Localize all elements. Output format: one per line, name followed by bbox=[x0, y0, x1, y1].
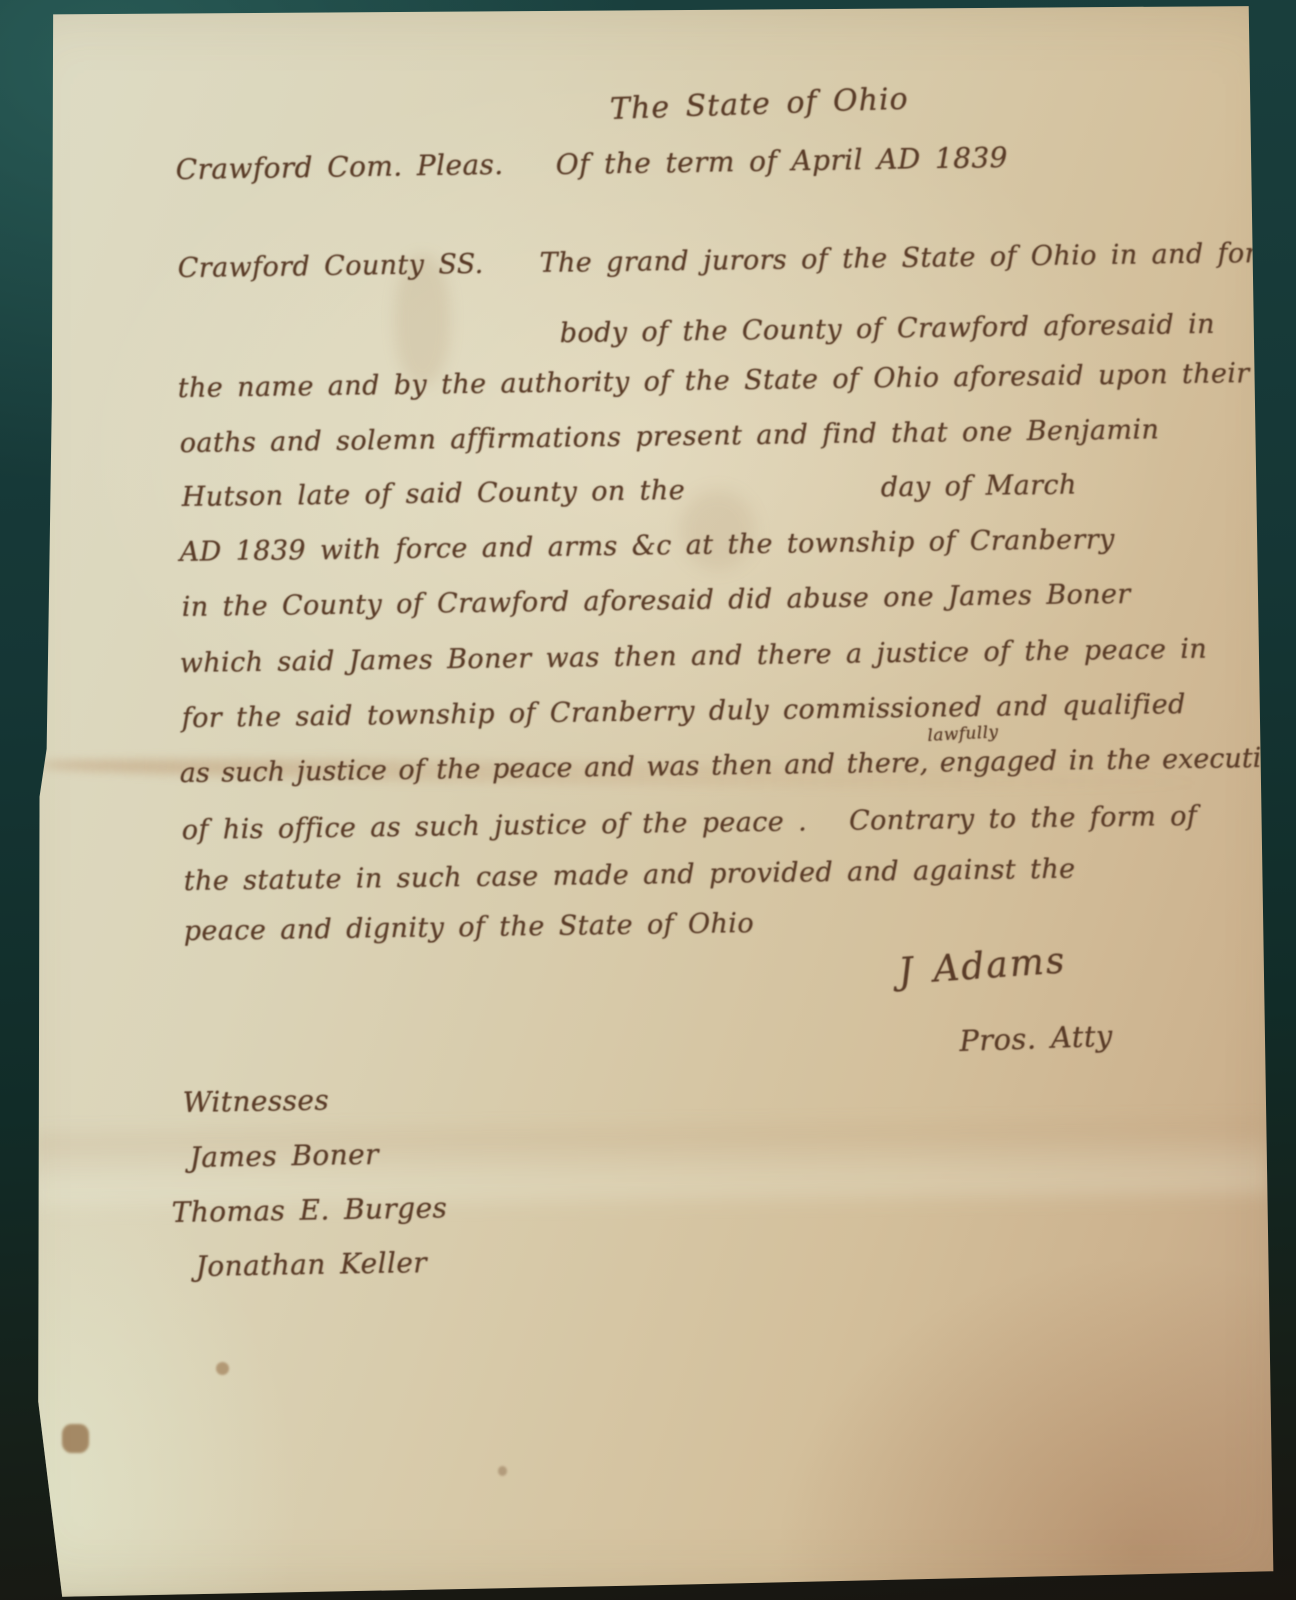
photo-background: The State of Ohio Crawford Com. Pleas. O… bbox=[0, 0, 1296, 1600]
body-line: which said James Boner was then and ther… bbox=[180, 634, 1208, 679]
stain-spot bbox=[216, 1362, 229, 1375]
body-line: for the said township of Cranberry duly … bbox=[182, 689, 1186, 734]
body-line: in the County of Crawford aforesaid did … bbox=[182, 579, 1131, 623]
body-line: AD 1839 with force and arms &c at the to… bbox=[180, 524, 1115, 568]
body-line: the statute in such case made and provid… bbox=[184, 854, 1076, 897]
body-line: the name and by the authority of the Sta… bbox=[178, 358, 1250, 404]
body-line: Crawford County SS. The grand jurors of … bbox=[178, 237, 1296, 284]
body-line: body of the County of Crawford aforesaid… bbox=[560, 309, 1216, 349]
witnesses-label: Witnesses bbox=[182, 1083, 329, 1119]
witness-name: Thomas E. Burges bbox=[171, 1191, 447, 1229]
inserted-word-lawfully: lawfully bbox=[927, 722, 999, 746]
witness-name: Jonathan Keller bbox=[195, 1246, 427, 1283]
stain-spot bbox=[62, 1424, 89, 1453]
court-name-line: Crawford Com. Pleas. bbox=[175, 148, 503, 186]
body-line: Hutson late of said County on the day of… bbox=[182, 470, 1077, 513]
document-title: The State of Ohio bbox=[609, 82, 909, 127]
signature-name: J Adams bbox=[897, 940, 1067, 993]
signature-role: Pros. Atty bbox=[959, 1019, 1113, 1058]
body-line: of his office as such justice of the pea… bbox=[182, 801, 1198, 846]
document-paper: The State of Ohio Crawford Com. Pleas. O… bbox=[0, 0, 1296, 1600]
body-line: oaths and solemn affirmations present an… bbox=[180, 414, 1160, 459]
term-line: Of the term of April AD 1839 bbox=[555, 141, 1008, 181]
body-line: peace and dignity of the State of Ohio bbox=[184, 908, 755, 947]
stain-spot bbox=[498, 1466, 507, 1476]
witness-name: James Boner bbox=[189, 1138, 379, 1174]
